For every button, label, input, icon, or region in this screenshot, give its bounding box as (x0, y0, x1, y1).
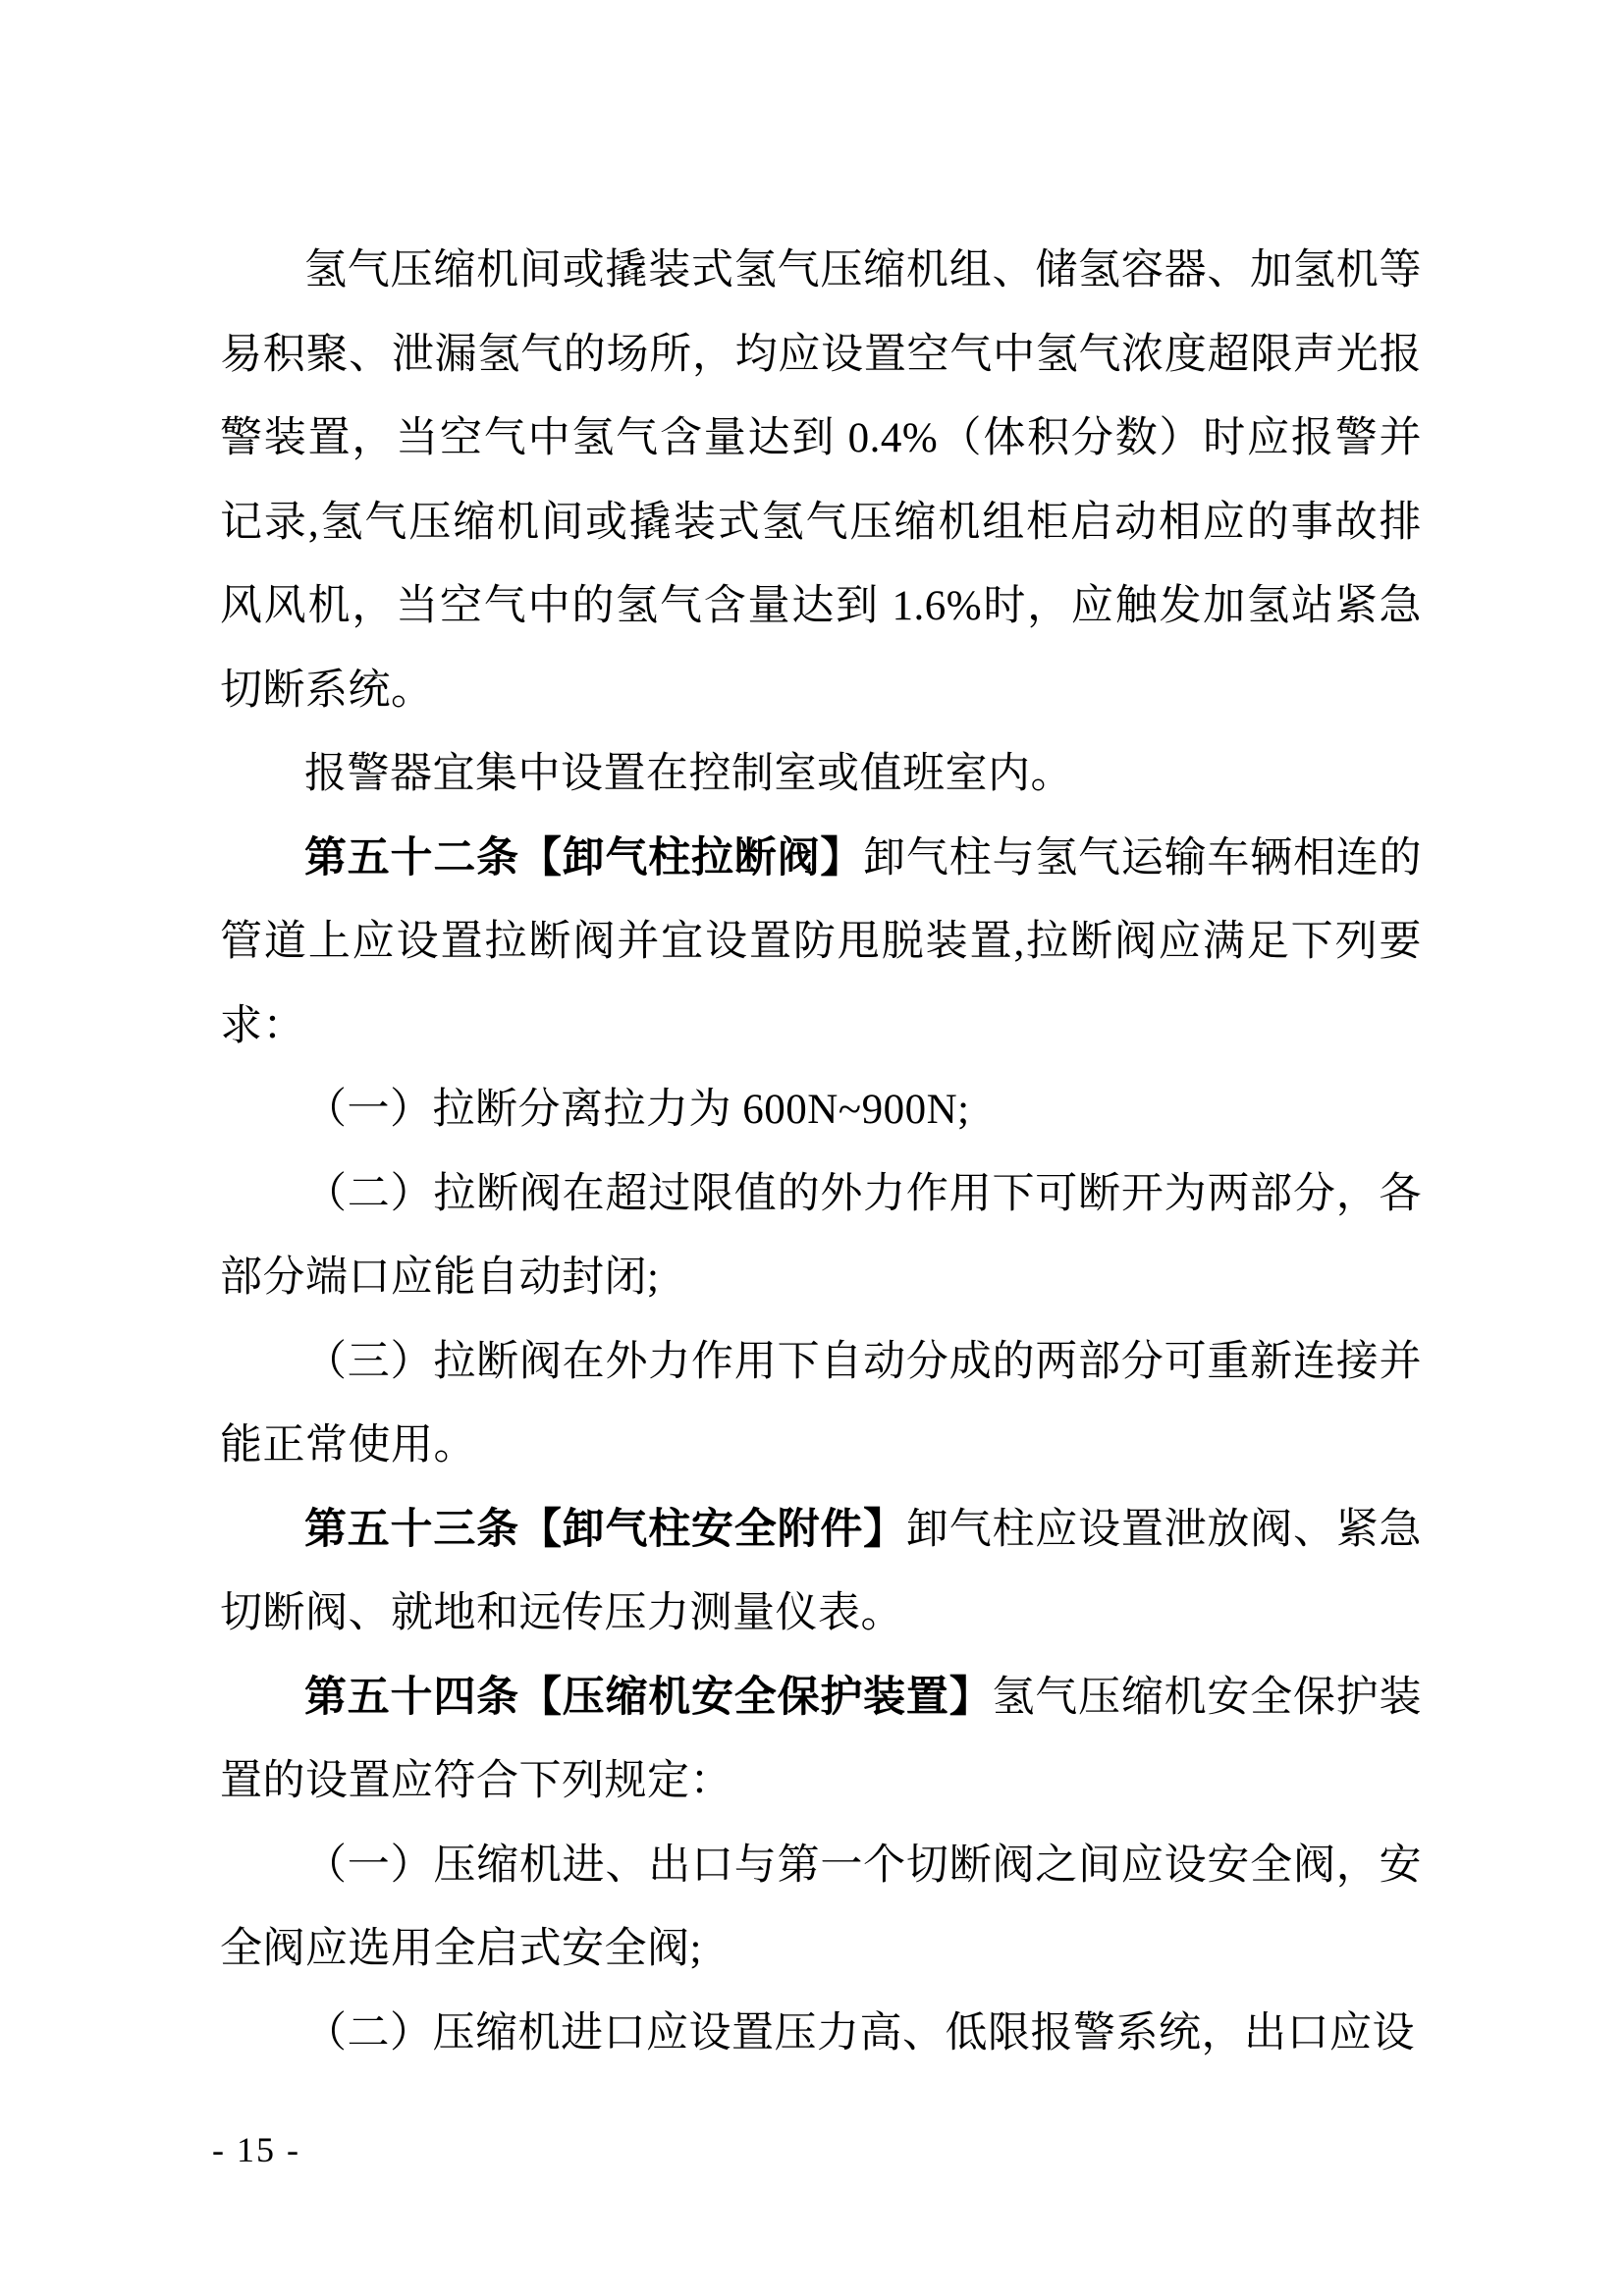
page-number: - 15 - (212, 2130, 300, 2169)
article-heading-52: 第五十二条【卸气柱拉断阀】 (304, 835, 863, 881)
paragraph: 报警器宜集中设置在控制室或值班室内。 (220, 732, 1422, 817)
paragraph-text: 报警器宜集中设置在控制室或值班室内。 (304, 751, 1073, 797)
article-heading-54: 第五十四条【压缩机安全保护装置】 (304, 1675, 992, 1721)
paragraph: （一）压缩机进、出口与第一个切断阀之间应设安全阀，安全阀应选用全启式安全阀; (220, 1824, 1422, 1992)
paragraph-text: （一）拉断分离拉力为 600N~900N; (304, 1087, 970, 1133)
paragraph-text: 氢气压缩机间或撬装式氢气压缩机组、储氢容器、加氢机等易积聚、泄漏氢气的场所，均应… (220, 247, 1422, 714)
paragraph-text: （一）压缩机进、出口与第一个切断阀之间应设安全阀，安全阀应选用全启式安全阀; (220, 1842, 1422, 1973)
paragraph: （二）压缩机进口应设置压力高、低限报警系统，出口应设 (220, 1992, 1422, 2076)
article-heading-53: 第五十三条【卸气柱安全附件】 (304, 1507, 906, 1553)
paragraph-text: （二）拉断阀在超过限值的外力作用下可断开为两部分，各部分端口应能自动封闭; (220, 1171, 1422, 1302)
paragraph-text: （三）拉断阀在外力作用下自动分成的两部分可重新连接并能正常使用。 (220, 1339, 1422, 1469)
paragraph: 第五十二条【卸气柱拉断阀】卸气柱与氢气运输车辆相连的管道上应设置拉断阀并宜设置防… (220, 817, 1422, 1069)
document-body: 氢气压缩机间或撬装式氢气压缩机组、储氢容器、加氢机等易积聚、泄漏氢气的场所，均应… (220, 229, 1422, 2075)
paragraph: 第五十三条【卸气柱安全附件】卸气柱应设置泄放阀、紧急切断阀、就地和远传压力测量仪… (220, 1488, 1422, 1656)
paragraph: （一）拉断分离拉力为 600N~900N; (220, 1068, 1422, 1152)
document-page: 氢气压缩机间或撬装式氢气压缩机组、储氢容器、加氢机等易积聚、泄漏氢气的场所，均应… (0, 0, 1624, 2296)
paragraph: 第五十四条【压缩机安全保护装置】氢气压缩机安全保护装置的设置应符合下列规定： (220, 1656, 1422, 1824)
paragraph: （三）拉断阀在外力作用下自动分成的两部分可重新连接并能正常使用。 (220, 1320, 1422, 1488)
paragraph: 氢气压缩机间或撬装式氢气压缩机组、储氢容器、加氢机等易积聚、泄漏氢气的场所，均应… (220, 229, 1422, 732)
paragraph-text: （二）压缩机进口应设置压力高、低限报警系统，出口应设 (304, 2010, 1415, 2056)
paragraph: （二）拉断阀在超过限值的外力作用下可断开为两部分，各部分端口应能自动封闭; (220, 1152, 1422, 1320)
